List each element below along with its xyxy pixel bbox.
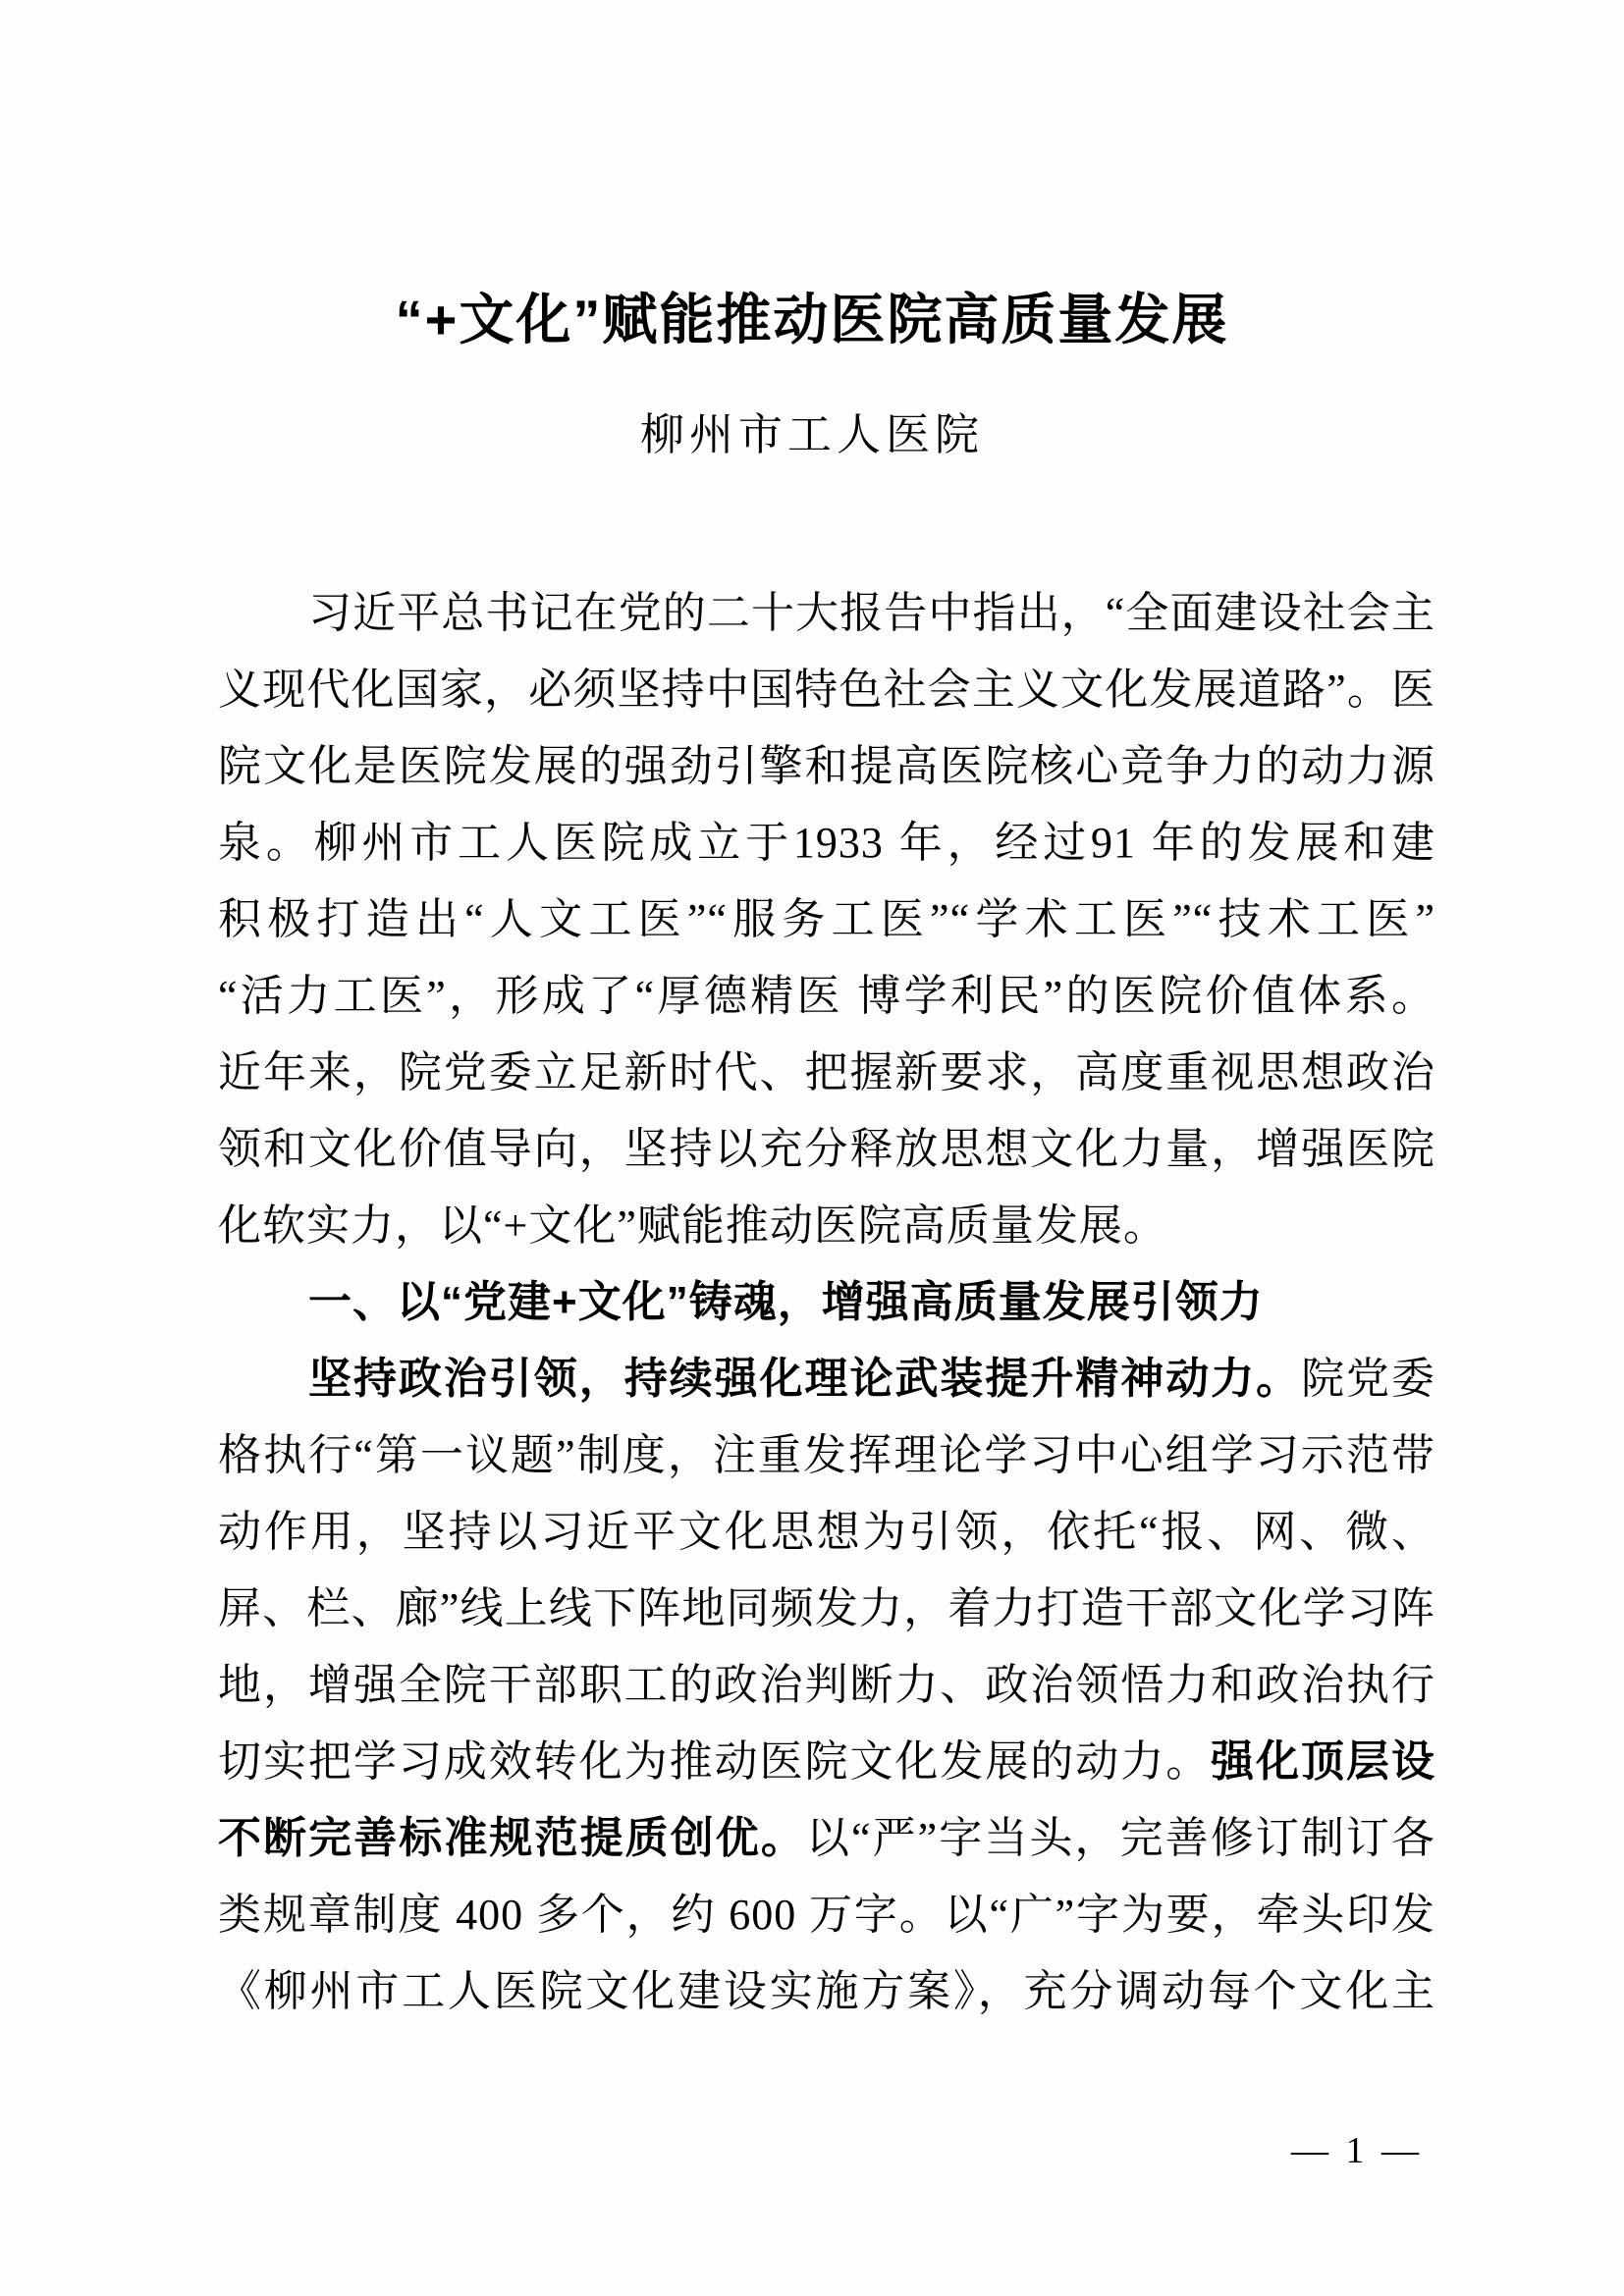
section-heading: 一、以“党建+文化”铸魂，增强高质量发展引领力 — [218, 1264, 1435, 1341]
body-line: 切实把学习成效转化为推动医院文化发展的动力。强化顶层设计， — [218, 1724, 1435, 1800]
body-line: 院文化是医院发展的强劲引擎和提高医院核心竞争力的动力源 — [218, 728, 1435, 805]
text-segment: “活力工医”，形成了“厚德精医 博学利民”的医院价值体系。 — [218, 972, 1435, 1020]
document-author: 柳州市工人医院 — [0, 408, 1624, 461]
text-segment: 近年来，院党委立足新时代、把握新要求，高度重视思想政治引 — [218, 1048, 1435, 1111]
text-segment: 类规章制度 400 多个，约 600 万字。以“广”字为要，牵头印发 — [218, 1891, 1435, 1939]
text-segment: 领和文化价值导向，坚持以充分释放思想文化力量，增强医院文 — [218, 1125, 1435, 1188]
text-segment: 习近平总书记在党的二十大报告中指出，“全面建设社会主 — [308, 589, 1435, 637]
text-segment: 以“严”字当头，完善修订制订各 — [806, 1814, 1435, 1862]
document-page: “+文化”赋能推动医院高质量发展 柳州市工人医院 习近平总书记在党的二十大报告中… — [0, 0, 1624, 2296]
body-line: “活力工医”，形成了“厚德精医 博学利民”的医院价值体系。 — [218, 958, 1435, 1035]
text-segment: 坚持政治引领，持续强化理论武装提升精神动力。 — [308, 1355, 1301, 1403]
text-segment: 一、以“党建+文化”铸魂，增强高质量发展引领力 — [308, 1278, 1264, 1326]
text-segment: 泉。柳州市工人医院成立于1933 年，经过91 年的发展和建设， — [218, 819, 1435, 881]
body-line: 领和文化价值导向，坚持以充分释放思想文化力量，增强医院文 — [218, 1111, 1435, 1188]
body-line: 义现代化国家，必须坚持中国特色社会主义文化发展道路”。医 — [218, 652, 1435, 728]
body-line: 地，增强全院干部职工的政治判断力、政治领悟力和政治执行力， — [218, 1647, 1435, 1724]
body-line: 泉。柳州市工人医院成立于1933 年，经过91 年的发展和建设， — [218, 805, 1435, 881]
text-segment: 院文化是医院发展的强劲引擎和提高医院核心竞争力的动力源 — [218, 742, 1435, 790]
body-line: 习近平总书记在党的二十大报告中指出，“全面建设社会主 — [218, 575, 1435, 652]
text-segment: 地，增强全院干部职工的政治判断力、政治领悟力和政治执行力， — [218, 1661, 1435, 1724]
page-number: — 1 — — [1291, 2132, 1423, 2169]
text-segment: 格执行“第一议题”制度，注重发挥理论学习中心组学习示范带 — [218, 1431, 1435, 1479]
text-segment: 切实把学习成效转化为推动医院文化发展的动力。 — [218, 1737, 1211, 1786]
body-line: 坚持政治引领，持续强化理论武装提升精神动力。院党委严 — [218, 1341, 1435, 1417]
body-line: 不断完善标准规范提质创优。以“严”字当头，完善修订制订各 — [218, 1800, 1435, 1877]
body-line: 积极打造出“人文工医”“服务工医”“学术工医”“技术工医” — [218, 881, 1435, 958]
text-segment: 动作用，坚持以习近平文化思想为引领，依托“报、网、微、端、 — [218, 1508, 1435, 1571]
text-segment: 义现代化国家，必须坚持中国特色社会主义文化发展道路”。医 — [218, 666, 1435, 714]
body-line: 近年来，院党委立足新时代、把握新要求，高度重视思想政治引 — [218, 1035, 1435, 1111]
body-line: 格执行“第一议题”制度，注重发挥理论学习中心组学习示范带 — [218, 1417, 1435, 1494]
text-segment: 化软实力，以“+文化”赋能推动医院高质量发展。 — [218, 1201, 1167, 1250]
document-title: “+文化”赋能推动医院高质量发展 — [0, 289, 1624, 351]
text-segment: 积极打造出“人文工医”“服务工医”“学术工医”“技术工医” — [218, 895, 1435, 943]
body-line: 类规章制度 400 多个，约 600 万字。以“广”字为要，牵头印发 — [218, 1877, 1435, 1953]
text-segment: 《柳州市工人医院文化建设实施方案》，充分调动每个文化主体、 — [218, 1967, 1435, 2030]
body-text: 习近平总书记在党的二十大报告中指出，“全面建设社会主义现代化国家，必须坚持中国特… — [218, 575, 1435, 2030]
body-line: 化软实力，以“+文化”赋能推动医院高质量发展。 — [218, 1188, 1435, 1264]
body-line: 动作用，坚持以习近平文化思想为引领，依托“报、网、微、端、 — [218, 1494, 1435, 1571]
body-line: 屏、栏、廊”线上线下阵地同频发力，着力打造干部文化学习阵 — [218, 1571, 1435, 1647]
text-segment: 屏、栏、廊”线上线下阵地同频发力，着力打造干部文化学习阵 — [218, 1584, 1435, 1632]
text-segment: 不断完善标准规范提质创优。 — [218, 1814, 806, 1862]
body-line: 《柳州市工人医院文化建设实施方案》，充分调动每个文化主体、 — [218, 1953, 1435, 2030]
